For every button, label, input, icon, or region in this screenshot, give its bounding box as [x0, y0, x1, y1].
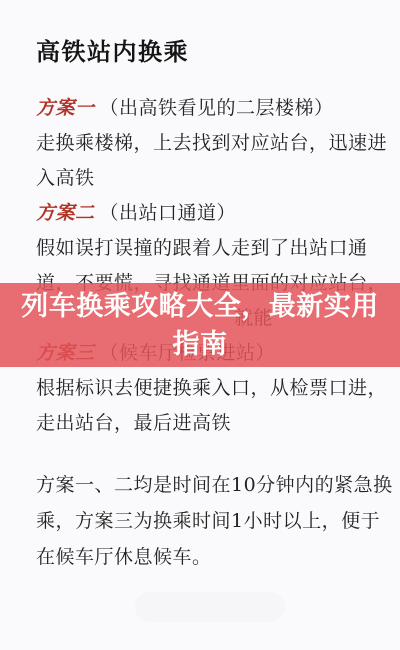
text-line: 走换乘楼梯，上去找到对应站台，迅速进: [36, 126, 374, 161]
plan-1-subtitle: （出高铁看见的二层楼梯）: [100, 97, 334, 119]
text-line: 走出站台，最后进高铁: [36, 406, 374, 441]
banner-title-line-1: 列车换乘攻略大全，最新实用: [21, 287, 379, 325]
text-line: 假如误打误撞的跟着人走到了出站口通: [36, 231, 374, 266]
title-banner: 列车换乘攻略大全，最新实用 指南: [0, 283, 400, 367]
text-line: 乘，方案三为换乘时间1小时以上，便于: [36, 503, 374, 539]
text-line: 入高铁: [36, 161, 374, 196]
plan-1-header: 方案一（出高铁看见的二层楼梯）: [36, 91, 374, 126]
plan-2-subtitle: （出站口通道）: [100, 202, 237, 224]
article-title: 高铁站内换乘: [36, 38, 374, 66]
banner-title-line-2: 指南: [173, 325, 228, 363]
summary-paragraph: 方案一、二均是时间在10分钟内的紧急换 乘，方案三为换乘时间1小时以上，便于 在…: [36, 467, 374, 575]
text-line: 方案一、二均是时间在10分钟内的紧急换: [36, 467, 374, 503]
plan-1-label: 方案一: [36, 97, 95, 119]
article-page: 高铁站内换乘 方案一（出高铁看见的二层楼梯） 走换乘楼梯，上去找到对应站台，迅速…: [0, 0, 400, 650]
text-line: 在候车厅休息候车。: [36, 539, 374, 575]
text-line: 根据标识去便捷换乘入口，从检票口进，: [36, 371, 374, 406]
plan-2-header: 方案二（出站口通道）: [36, 196, 374, 231]
plan-2-label: 方案二: [36, 202, 95, 224]
